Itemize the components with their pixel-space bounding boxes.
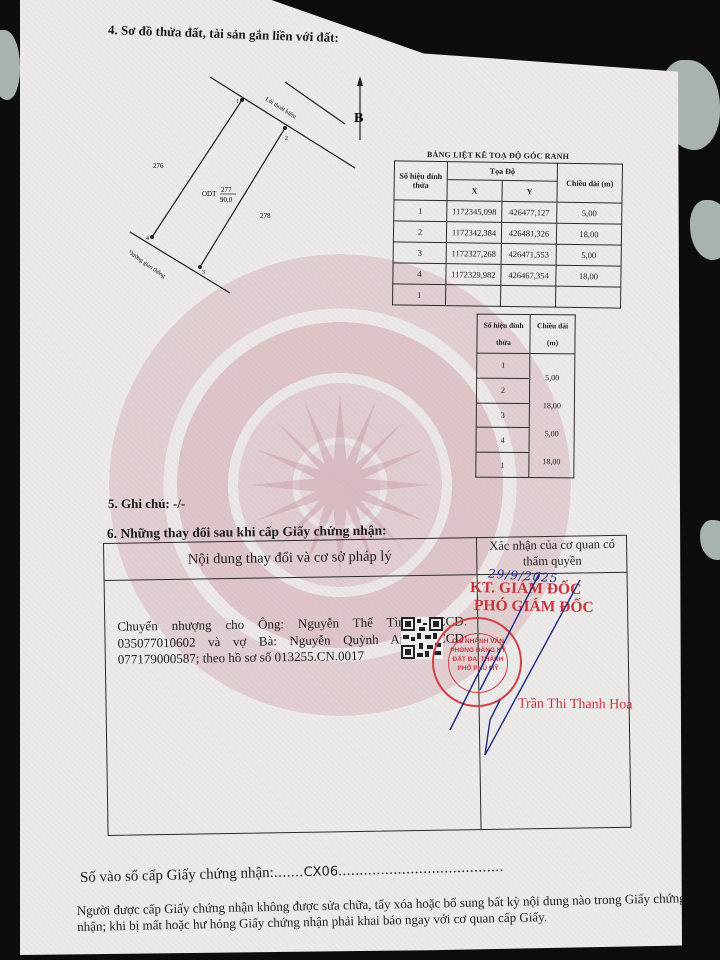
background-blob: [690, 200, 720, 260]
background-blob: [700, 520, 720, 560]
neighbor-right: 278: [260, 212, 271, 220]
changes-col2-header: Xác nhận của cơ quan có thẩm quyền: [477, 536, 627, 570]
road-top-label: Lối thoát hiểm: [264, 96, 298, 121]
signature: [440, 570, 600, 770]
north-label: B: [354, 111, 363, 126]
parcel-diagram: B 1 2 3 4 Lối thoát hiểm Đường giao thôn…: [130, 70, 390, 310]
road-bottom-label: Đường giao thông: [130, 250, 166, 280]
background-blob: [0, 30, 20, 100]
svg-text:4: 4: [146, 236, 149, 242]
registry-value: CX06: [303, 864, 338, 880]
parcel-type: ODT: [202, 190, 217, 198]
parcel-area: 90,0: [220, 196, 233, 204]
section-5-note: 5. Ghi chú: -/-: [108, 496, 185, 512]
svg-text:3: 3: [202, 270, 205, 276]
table-row: 1: [393, 284, 621, 308]
svg-text:2: 2: [285, 136, 288, 142]
svg-text:1: 1: [236, 99, 239, 105]
length-table: Số hiệu đỉnh thửaChiều dài (m) 1 5,0018,…: [475, 314, 575, 479]
neighbor-left: 276: [153, 162, 164, 170]
parcel-number: 277: [221, 186, 232, 194]
coord-table: Số hiệu đỉnh thửa Tọa Độ Chiều dài (m) X…: [392, 160, 623, 308]
signer-name: Trần Thi Thanh Hoa: [518, 697, 633, 714]
